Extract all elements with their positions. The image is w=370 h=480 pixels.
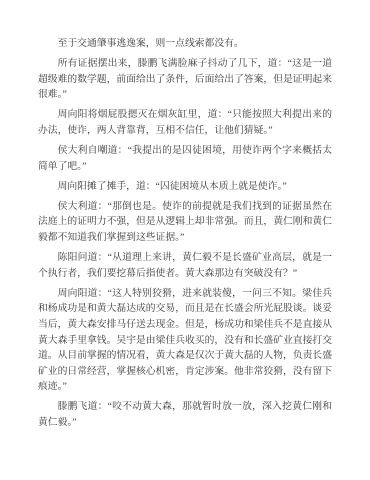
paragraph-7: 陈阳问道：“从道理上来讲，黄仁毅不是长盛矿业高层，就是一个执行者，我们要挖幕后指… [38,250,332,281]
paragraph-6: 侯大利道：“那倒也是。使诈的前提就是我们找到的证据虽然在法庭上的证明力不强，但是… [38,199,332,246]
paragraph-4: 侯大利自嘲道：“我提出的是囚徒困境，用使诈两个字来概括太简单了吧。” [38,143,332,174]
reader-page: 至于交通肇事逃逸案，则一点线索都没有。 所有证据摆出来，滕鹏飞满脸麻子抖动了几下… [0,0,370,480]
paragraph-3: 周向阳将烟屁股摁灭在烟灰缸里，道：“只能按照大利提出来的办法，使诈，两人背靠背，… [38,107,332,138]
paragraph-5: 周向阳摊了摊手，道：“囚徒困境从本质上就是使诈。” [38,179,332,195]
paragraph-1: 至于交通肇事逃逸案，则一点线索都没有。 [38,36,332,52]
paragraph-2: 所有证据摆出来，滕鹏飞满脸麻子抖动了几下，道：“这是一道超级难的数学题，前面给出… [38,56,332,103]
paragraph-9: 滕鹏飞道：“咬不动黄大森，那就暂时放一放，深入挖黄仁刚和黄仁毅。” [38,399,332,430]
paragraph-8: 周向阳道：“这人特别狡猾，进来就装傻，一问三不知。梁佳兵和杨成功是和黄大磊达成的… [38,286,332,395]
